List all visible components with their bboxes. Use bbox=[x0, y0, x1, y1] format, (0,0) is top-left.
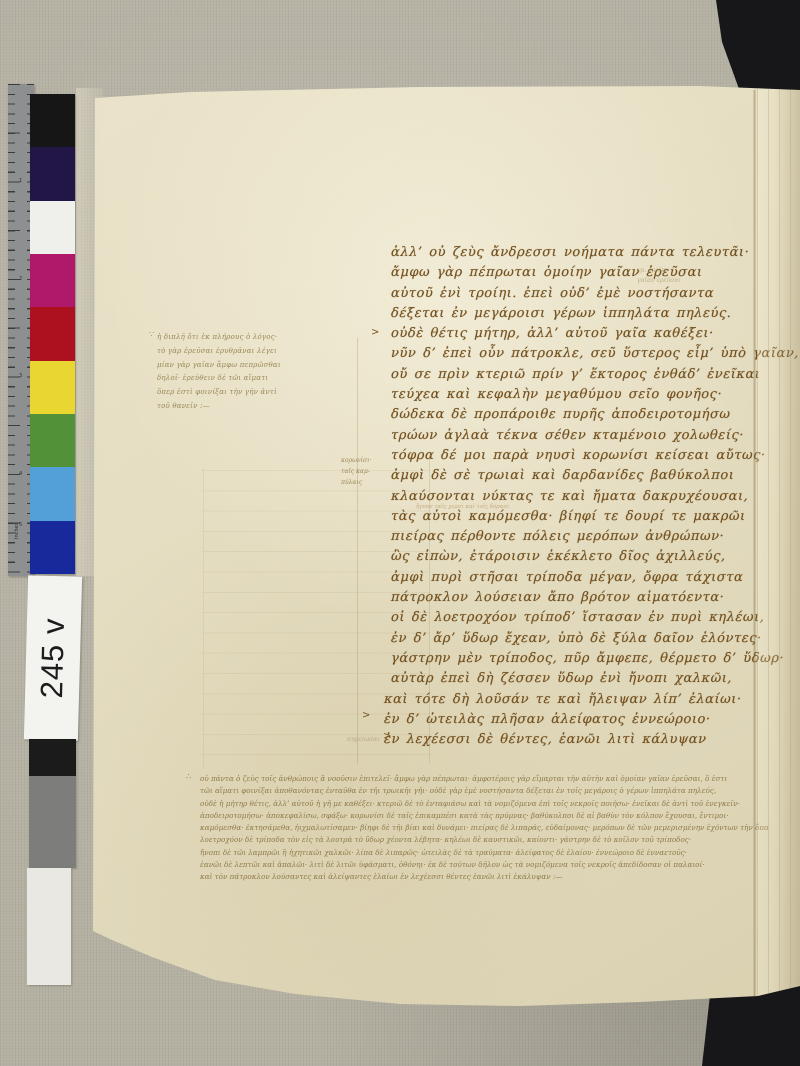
text-line: καὶ τότε δὴ λοῦσάν τε καὶ ἤλειψαν λίπ’ ἐ… bbox=[384, 690, 764, 710]
side-margin-note: κορωνίσι· ταῖς καμ- πύλαις bbox=[341, 455, 385, 488]
ruler-number: 3 bbox=[19, 373, 22, 379]
ruler-number: 2 bbox=[19, 276, 22, 282]
grey-scale-patch-grey bbox=[29, 776, 76, 868]
text-line: ἀμφὶ πυρὶ στῆσαι τρίποδα μέγαν, ὄφρα τάχ… bbox=[391, 568, 764, 588]
text-line: τόφρα δέ μοι παρὰ νηυσὶ κορωνίσι κείσεαι… bbox=[391, 446, 764, 466]
gloss-line: γρ. ὁμοίην bbox=[637, 266, 717, 276]
text-line: ἀμφὶ δὲ σὲ τρωιαὶ καὶ δαρδανίδες βαθύκολ… bbox=[391, 466, 764, 486]
text-line: γάστρην μὲν τρίποδος, πῦρ ἄμφεπε, θέρμετ… bbox=[391, 649, 764, 669]
scholia-line: ἑανῶι δὲ λεπτῶι καὶ ἁπαλῶι· λιτὶ δὲ λιτῶ… bbox=[200, 859, 768, 871]
photograph: ἀλλ’ οὐ ζεὺς ἄνδρεσσι νοήματα πάντα τελε… bbox=[0, 0, 800, 1066]
left-margin-scholion: ἡ διπλῆ ὅτι ἐκ πλήρους ὁ λόγος· τὸ γὰρ ἐ… bbox=[157, 331, 333, 414]
color-patch-black bbox=[30, 94, 75, 147]
note-line: κορωνίσι· bbox=[341, 455, 385, 466]
manuscript-page: ἀλλ’ οὐ ζεὺς ἄνδρεσσι νοήματα πάντα τελε… bbox=[0, 0, 800, 1066]
page-stack-edge bbox=[757, 88, 800, 998]
scholia-line: ἀποδειροτομήσω· ἀποκεφαλίσω, σφάξω· κορω… bbox=[200, 810, 768, 822]
color-patch-yellow bbox=[30, 361, 75, 414]
acrylic-strip bbox=[76, 88, 103, 576]
folio-label: 245 v bbox=[24, 575, 82, 740]
diple-mark: > bbox=[371, 327, 379, 338]
text-line: δέξεται ἐν μεγάροισι γέρων ἱππηλάτα πηλε… bbox=[391, 304, 764, 324]
text-line: νῦν δ’ ἐπεὶ οὖν πάτροκλε, σεῦ ὕστερος εἶ… bbox=[391, 344, 764, 364]
color-patch-white bbox=[30, 201, 75, 254]
color-patch-light-blue bbox=[30, 467, 75, 520]
scholion-line: τοῦ θανεῖν :— bbox=[157, 400, 333, 414]
text-line: αὐτοῦ ἐνὶ τροίηι. ἐπεὶ οὐδ’ ἐμὲ νοστήσαν… bbox=[391, 284, 764, 304]
color-patch-dark-violet bbox=[30, 147, 75, 200]
gloss-line: γαῖαν ἐρεῦσαι bbox=[637, 276, 717, 286]
text-line: ἐν λεχέεσσι δὲ θέντες, ἑανῶι λιτὶ κάλυψα… bbox=[384, 730, 764, 750]
scholion-line: τὸ γὰρ ἐρεῦσαι ἐρυθρᾶναι λέγει bbox=[157, 345, 333, 359]
faded-margin-note: σημείωσαι bbox=[347, 736, 387, 743]
scholia-line: οὐ πάντα ὁ ζεὺς τοῖς ἀνθρώποις ἃ νοοῦσιν… bbox=[200, 773, 768, 785]
scholion-lead-mark: ∵ bbox=[149, 330, 154, 339]
folio-label-text: 245 v bbox=[34, 617, 72, 699]
diple-mark: > bbox=[362, 710, 370, 721]
scholia-line: καμόμεσθα· ἐκτησάμεθα, ἠιχμαλωτίσαμεν· β… bbox=[200, 822, 768, 834]
grey-scale-patch-white bbox=[27, 868, 71, 985]
ruler-ticks bbox=[8, 84, 20, 576]
text-line: ἐν δ’ ὠτειλὰς πλῆσαν ἀλείφατος ἐννεώροιο… bbox=[384, 710, 764, 730]
text-line: τεύχεα καὶ κεφαλὴν μεγαθύμου σεῖο φονῆος… bbox=[391, 385, 764, 405]
text-line: δώδεκα δὲ προπάροιθε πυρῆς ἀποδειροτομήσ… bbox=[391, 405, 764, 425]
text-line: οὔ σε πρὶν κτεριῶ πρίν γ’ ἕκτορος ἐνθάδ’… bbox=[391, 365, 764, 385]
color-patch-red bbox=[30, 307, 75, 360]
note-line: πύλαις bbox=[341, 477, 385, 488]
text-line: αὐτὰρ ἐπεὶ δὴ ζέσσεν ὕδωρ ἐνὶ ἤνοπι χαλκ… bbox=[391, 669, 764, 689]
right-margin-gloss: γρ. ὁμοίην γαῖαν ἐρεῦσαι bbox=[637, 266, 717, 285]
text-line: ἀλλ’ οὐ ζεὺς ἄνδρεσσι νοήματα πάντα τελε… bbox=[391, 243, 764, 263]
text-line: πάτροκλον λούσειαν ἄπο βρότον αἱματόεντα… bbox=[391, 588, 764, 608]
text-line: οἱ δὲ λοετροχόον τρίποδ’ ἵστασαν ἐν πυρὶ… bbox=[391, 608, 764, 628]
color-patch-dark-blue bbox=[30, 521, 75, 574]
scholia-line: οὐδὲ ἡ μήτηρ θέτις, ἀλλ’ αὐτοῦ ἡ γῆ με κ… bbox=[200, 798, 768, 810]
note-line: ταῖς καμ- bbox=[341, 466, 385, 477]
text-line: πιείρας πέρθοντε πόλεις μερόπων ἀνθρώπων… bbox=[391, 527, 764, 547]
scholia-line: λοετροχόον δὲ τρίποδα τὸν εἰς τὰ λουτρὰ … bbox=[200, 834, 768, 846]
color-calibration-bar bbox=[30, 94, 75, 574]
scholia-line: ἤνοπι δὲ τῶι λαμπρῶι ἢ ἠχητικῶι χαλκῶι· … bbox=[200, 847, 768, 859]
text-line: οὐδὲ θέτις μήτηρ, ἀλλ’ αὐτοῦ γαῖα καθέξε… bbox=[391, 324, 764, 344]
page-fold-crease bbox=[753, 90, 756, 998]
ruler-number: 1 bbox=[19, 178, 22, 184]
scholia-section-mark: ∴ bbox=[186, 772, 191, 781]
text-line: τρώων ἀγλαὰ τέκνα σέθεν κταμένοιο χολωθε… bbox=[391, 426, 764, 446]
scholion-line: δηλοῖ· ἐρεύθειν δὲ τῶι αἵματι bbox=[157, 372, 333, 386]
interlinear-gloss: ἤγουν ταῖς χερσὶ καὶ τοῖς δόρασι bbox=[416, 504, 566, 510]
color-patch-magenta bbox=[30, 254, 75, 307]
text-line: ἐν δ’ ἄρ’ ὕδωρ ἔχεαν, ὑπὸ δὲ ξύλα δαῖον … bbox=[391, 629, 764, 649]
ruler-number: 4 bbox=[19, 471, 22, 477]
text-line: ὣς εἰπὼν, ἑτάροισιν ἐκέκλετο δῖος ἀχιλλε… bbox=[391, 547, 764, 567]
scholion-line: ὅπερ ἐστὶ φοινίξαι τὴν γῆν ἀντὶ bbox=[157, 386, 333, 400]
scholion-line: ἡ διπλῆ ὅτι ἐκ πλήρους ὁ λόγος· bbox=[157, 331, 333, 345]
main-text-block: ἀλλ’ οὐ ζεὺς ἄνδρεσσι νοήματα πάντα τελε… bbox=[391, 243, 763, 750]
scholia-line: καὶ τὸν πάτροκλον λούσαντες καὶ ἀλείψαντ… bbox=[200, 871, 768, 883]
ruler-unit-label: Inches bbox=[14, 523, 20, 539]
scholia-line: τῶι αἵματι φοινίξαι ἀποθανόντας ἐνταῦθα … bbox=[200, 785, 768, 797]
grey-scale-patch-black bbox=[29, 739, 76, 776]
scholion-line: μίαν γὰρ γαῖαν ἄμφω πεπρῶσθαι bbox=[157, 359, 333, 373]
bottom-scholia-block: οὐ πάντα ὁ ζεὺς τοῖς ἀνθρώποις ἃ νοοῦσιν… bbox=[200, 773, 768, 883]
color-patch-green bbox=[30, 414, 75, 467]
